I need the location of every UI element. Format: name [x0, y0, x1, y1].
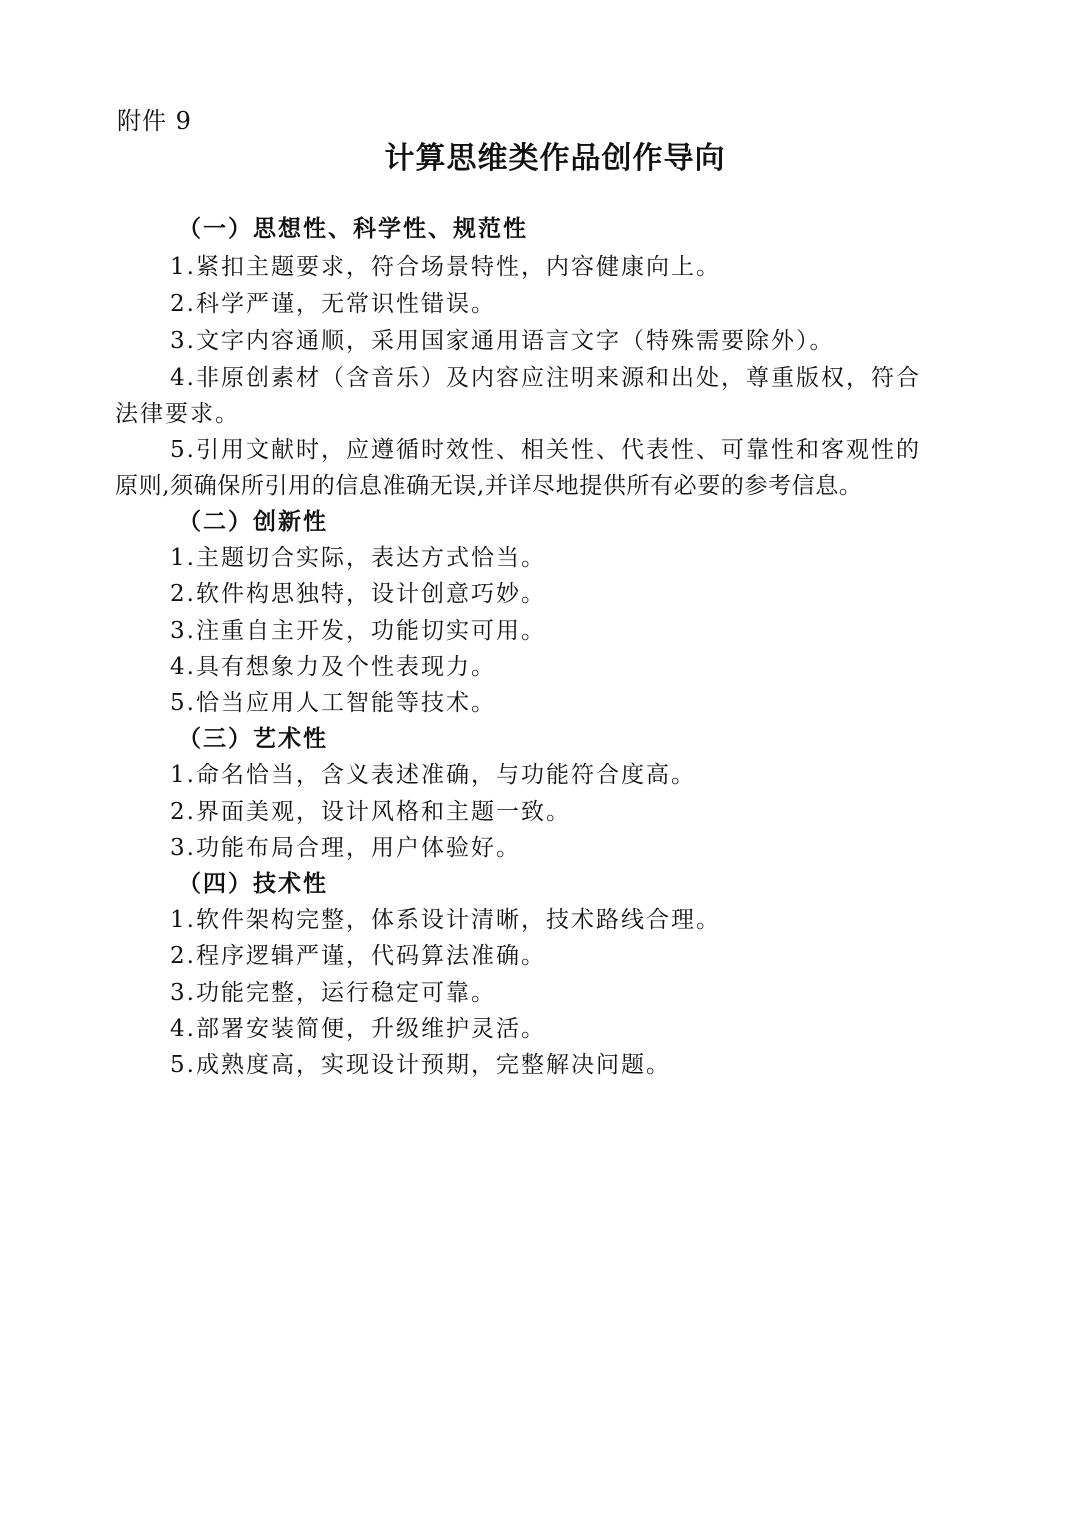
list-item: 3.文字内容通顺，采用国家通用语言文字（特殊需要除外）。 — [170, 326, 834, 356]
section-heading-1: （一）思想性、科学性、规范性 — [178, 214, 528, 244]
list-item: 1.命名恰当，含义表述准确，与功能符合度高。 — [170, 760, 696, 790]
section-heading-2: （二）创新性 — [178, 507, 328, 537]
annex-label: 附件 9 — [117, 106, 192, 136]
list-item: 3.功能布局合理，用户体验好。 — [170, 833, 521, 863]
list-item: 5.引用文献时，应遵循时效性、相关性、代表性、可靠性和客观性的 — [170, 435, 921, 465]
list-item: 1.主题切合实际，表达方式恰当。 — [170, 543, 546, 573]
page-title: 计算思维类作品创作导向 — [0, 140, 1080, 178]
list-item: 1.紧扣主题要求，符合场景特性，内容健康向上。 — [170, 252, 721, 282]
list-item: 3.功能完整，运行稳定可靠。 — [170, 978, 496, 1008]
list-item: 5.恰当应用人工智能等技术。 — [170, 688, 496, 718]
list-item: 2.界面美观，设计风格和主题一致。 — [170, 797, 571, 827]
list-item: 4.具有想象力及个性表现力。 — [170, 652, 496, 682]
list-item: 4.非原创素材（含音乐）及内容应注明来源和出处，尊重版权，符合 — [170, 363, 921, 393]
list-item-continuation: 原则,须确保所引用的信息准确无误,并详尽地提供所有必要的参考信息。 — [115, 471, 862, 501]
list-item: 3.注重自主开发，功能切实可用。 — [170, 616, 546, 646]
list-item: 2.程序逻辑严谨，代码算法准确。 — [170, 941, 546, 971]
section-heading-3: （三）艺术性 — [178, 724, 328, 754]
list-item: 5.成熟度高，实现设计预期，完整解决问题。 — [170, 1050, 671, 1080]
list-item: 1.软件架构完整，体系设计清晰，技术路线合理。 — [170, 905, 721, 935]
list-item: 4.部署安装简便，升级维护灵活。 — [170, 1014, 546, 1044]
list-item-continuation: 法律要求。 — [115, 399, 240, 429]
list-item: 2.科学严谨，无常识性错误。 — [170, 289, 496, 319]
list-item: 2.软件构思独特，设计创意巧妙。 — [170, 579, 546, 609]
section-heading-4: （四）技术性 — [178, 869, 328, 899]
